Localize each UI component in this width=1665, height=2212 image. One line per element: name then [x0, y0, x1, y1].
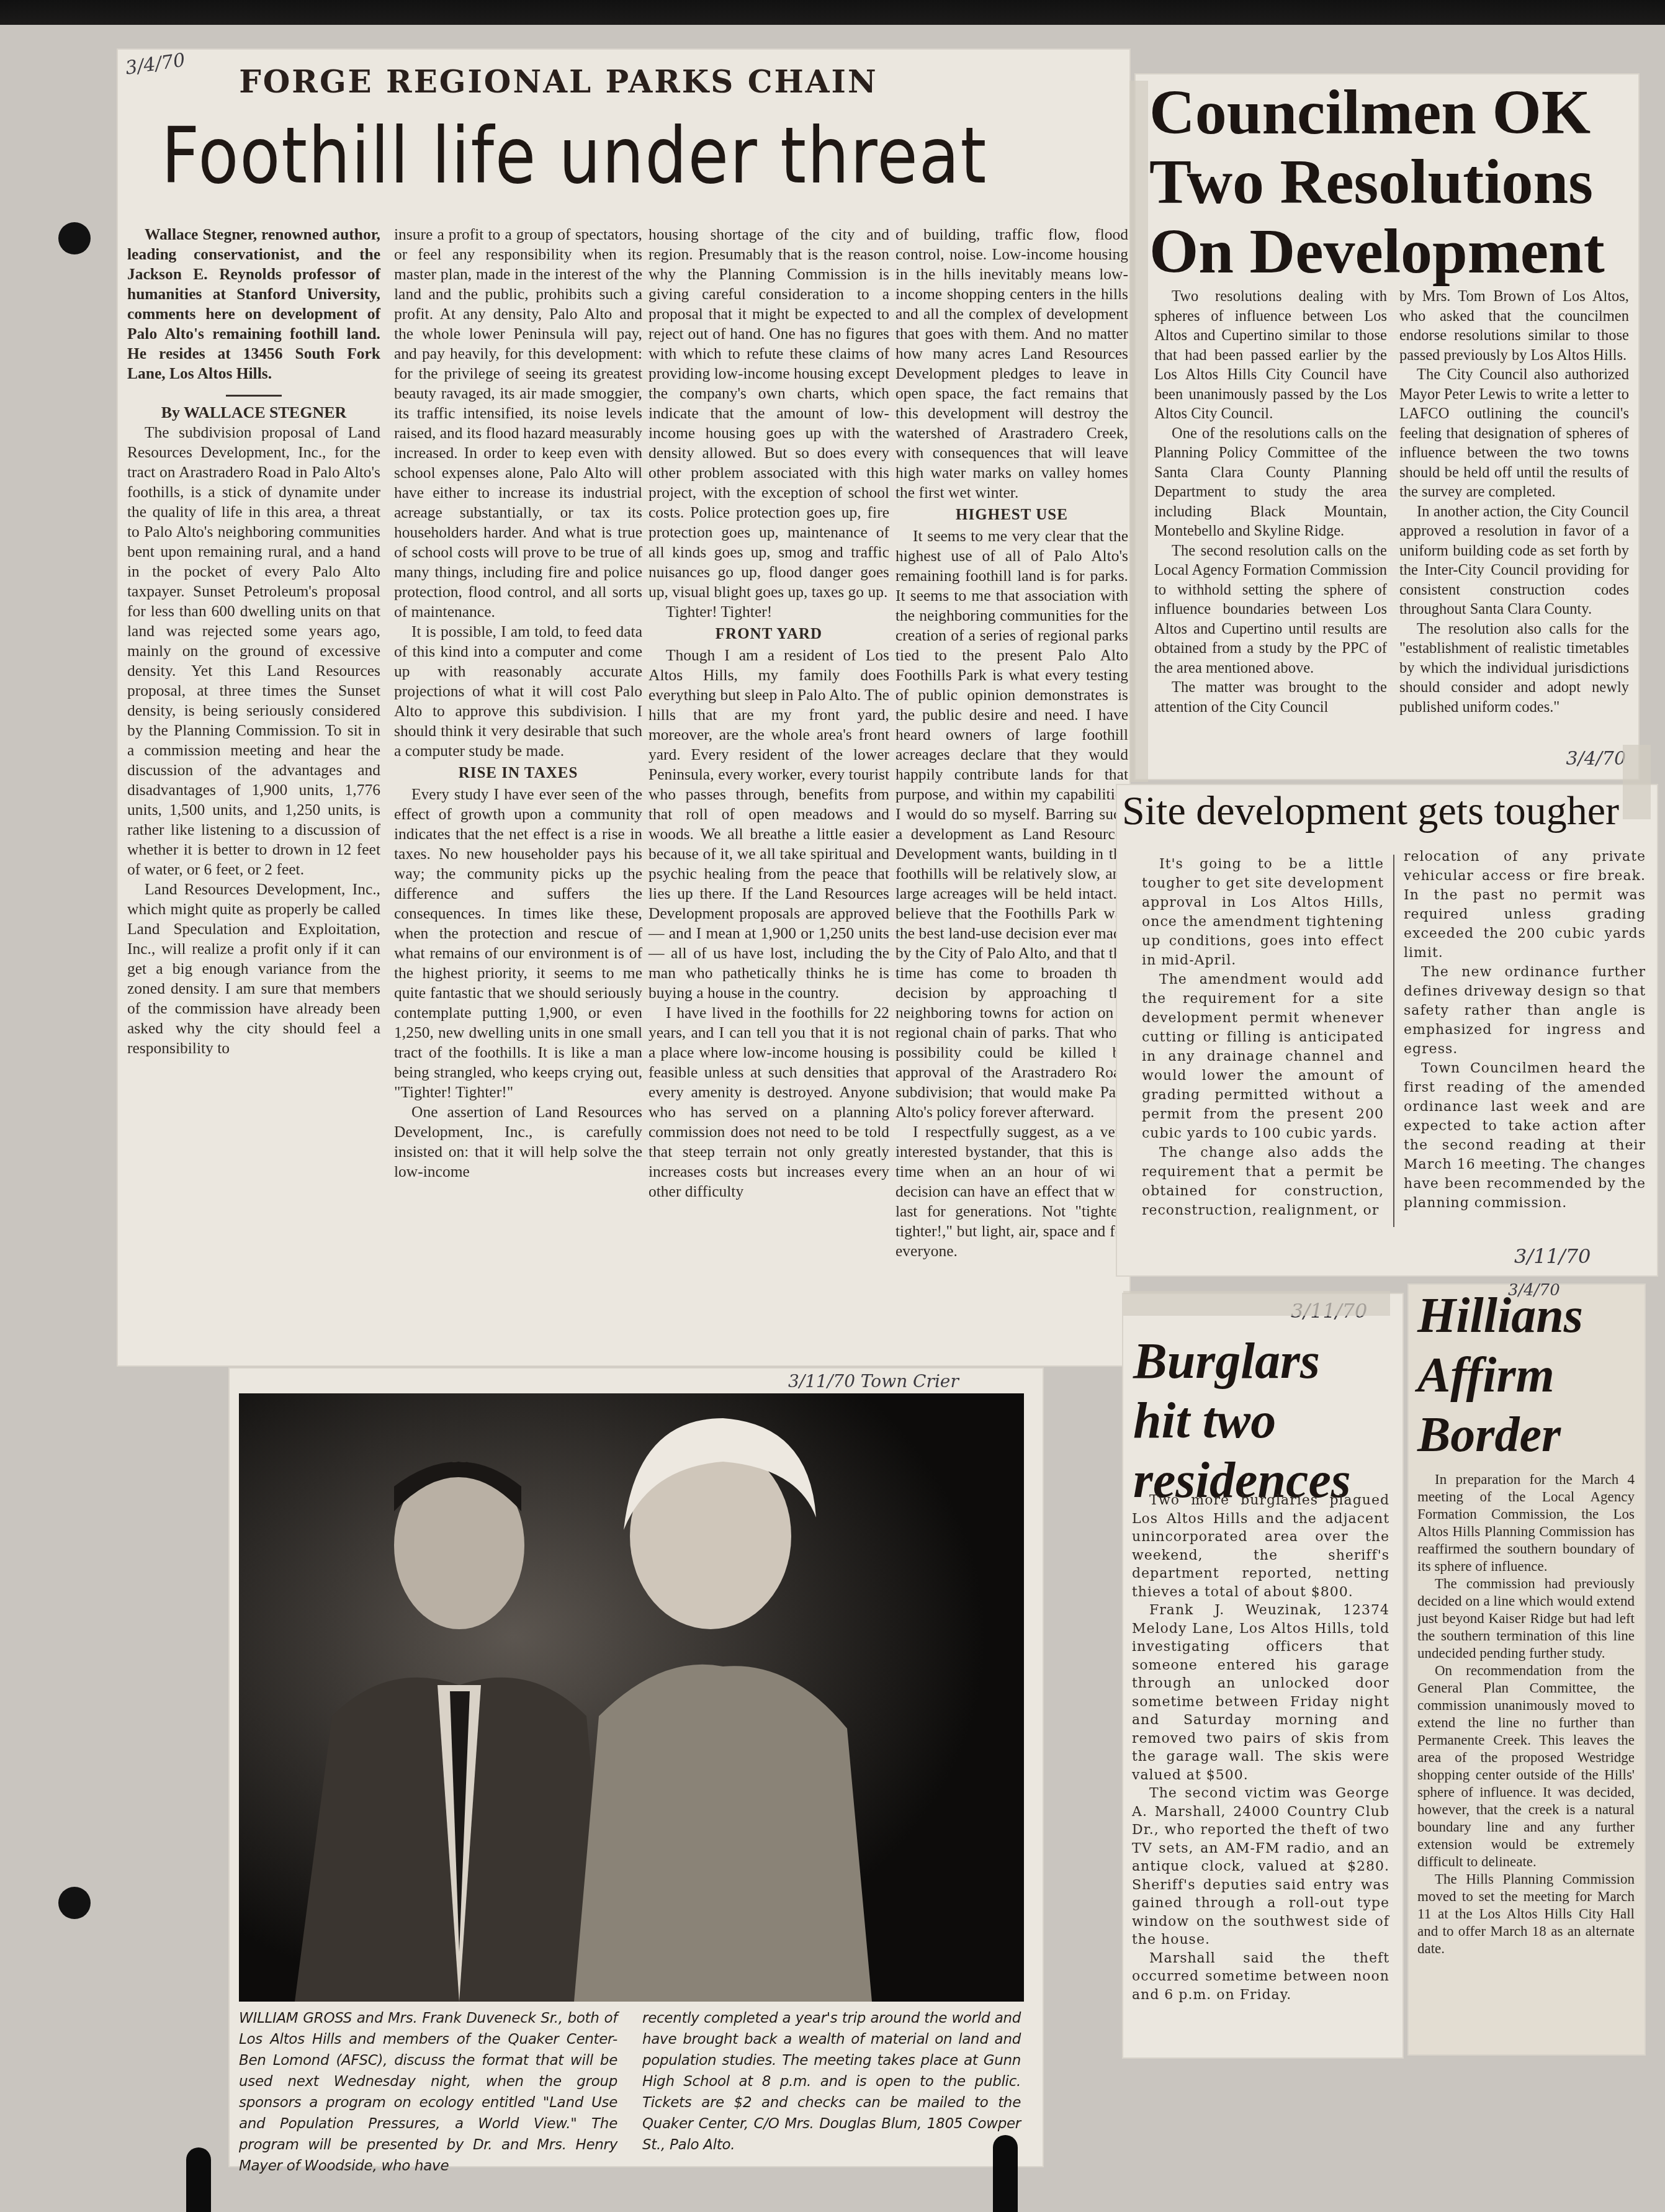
intro-paragraph: Wallace Stegner, renowned author, leadin… — [127, 225, 380, 384]
headline-line: Hillians — [1417, 1286, 1583, 1346]
paragraph: Marshall said the theft occurred sometim… — [1132, 1949, 1389, 2005]
paragraph: The subdivision proposal of Land Resourc… — [127, 423, 380, 879]
headline-line: Burglars — [1133, 1331, 1351, 1391]
paragraph: The resolution also calls for the "estab… — [1399, 619, 1629, 717]
paragraph: of building, traffic flow, flood control… — [895, 225, 1128, 503]
paragraph: The second resolution calls on the Local… — [1154, 541, 1387, 678]
paragraph: by Mrs. Tom Brown of Los Altos, who aske… — [1399, 287, 1629, 365]
paragraph: Frank J. Weuzinak, 12374 Melody Lane, Lo… — [1132, 1601, 1389, 1784]
headline-line: Affirm — [1417, 1346, 1583, 1405]
paragraph: The change also adds the requirement tha… — [1142, 1143, 1384, 1220]
column-1: Wallace Stegner, renowned author, leadin… — [127, 225, 380, 1058]
paragraph: The matter was brought to the attention … — [1154, 678, 1387, 717]
paragraph: In preparation for the March 4 meeting o… — [1417, 1471, 1635, 1575]
paragraph: It's going to be a little tougher to get… — [1142, 855, 1384, 970]
headline-line: hit two — [1133, 1391, 1351, 1450]
column-2: by Mrs. Tom Brown of Los Altos, who aske… — [1399, 287, 1629, 717]
paragraph: In another action, the City Council appr… — [1399, 502, 1629, 619]
paragraph: The second victim was George A. Marshall… — [1132, 1784, 1389, 1949]
headline: Foothill life under threat — [161, 112, 987, 201]
paragraph: The commission had previously decided on… — [1417, 1575, 1635, 1662]
headline: Burglars hit two residences — [1133, 1331, 1351, 1510]
paragraph: I have lived in the foothills for 22 yea… — [648, 1003, 889, 1202]
stand-peg-left — [186, 2147, 211, 2212]
byline: By WALLACE STEGNER — [127, 403, 380, 423]
column-2: insure a profit to a group of spectators… — [394, 225, 642, 1182]
tape-strip — [1129, 81, 1148, 782]
binder-hole-bottom — [58, 1887, 91, 1919]
handwritten-date: 3/4/70 — [1566, 748, 1626, 770]
paragraph: housing shortage of the city and region.… — [648, 225, 889, 602]
paragraph: Though I am a resident of Los Altos Hill… — [648, 645, 889, 1003]
caption-column-2: recently completed a year's trip around … — [642, 2008, 1021, 2156]
headline: Hillians Affirm Border — [1417, 1286, 1583, 1465]
paragraph: Two more burglaries plagued Los Altos Hi… — [1132, 1491, 1389, 1601]
binder-hole-top — [58, 222, 91, 254]
paragraph: One of the resolutions calls on the Plan… — [1154, 424, 1387, 541]
headline-line: Councilmen OK — [1149, 78, 1605, 148]
photo-image — [239, 1393, 1024, 2002]
subhead-highest-use: HIGHEST USE — [895, 505, 1128, 525]
clipping-burglars: 3/11/70 Burglars hit two residences Two … — [1123, 1294, 1402, 2057]
paragraph: Tighter! Tighter! — [648, 602, 889, 622]
paragraph: Every study I have ever seen of the effe… — [394, 785, 642, 1102]
burglars-body: Two more burglaries plagued Los Altos Hi… — [1132, 1491, 1389, 2004]
headline: Site development gets tougher — [1122, 788, 1619, 835]
paragraph: I respectfully suggest, as a very intere… — [895, 1122, 1128, 1261]
tape-strip — [1623, 745, 1651, 819]
kicker: FORGE REGIONAL PARKS CHAIN — [118, 63, 999, 100]
column-3: housing shortage of the city and region.… — [648, 225, 889, 1202]
subhead-front-yard: FRONT YARD — [648, 624, 889, 644]
photo-gross-duveneck — [239, 1393, 1024, 2002]
paragraph: It seems to me very clear that the highe… — [895, 526, 1128, 1122]
paragraph: The amendment would add the requirement … — [1142, 970, 1384, 1143]
headline: Councilmen OK Two Resolutions On Develop… — [1149, 78, 1605, 287]
paragraph: insure a profit to a group of spectators… — [394, 225, 642, 622]
paragraph: The new ordinance further defines drivew… — [1404, 963, 1646, 1059]
headline-line: On Development — [1149, 217, 1605, 287]
paragraph: Town Councilmen heard the first reading … — [1404, 1059, 1646, 1213]
clipping-foothill-life: 3/4/70 FORGE REGIONAL PARKS CHAIN Foothi… — [118, 50, 1129, 1365]
handwritten-date: 3/11/70 — [1514, 1244, 1591, 1268]
tape-strip — [1123, 1291, 1390, 1316]
paragraph: Land Resources Development, Inc., which … — [127, 879, 380, 1058]
subhead-rise-in-taxes: RISE IN TAXES — [394, 763, 642, 783]
column-4: of building, traffic flow, flood control… — [895, 225, 1128, 1261]
paragraph: relocation of any private vehicular acce… — [1404, 847, 1646, 963]
stand-peg-right — [993, 2135, 1018, 2212]
column-1: It's going to be a little tougher to get… — [1142, 855, 1384, 1220]
caption-column-1: WILLIAM GROSS and Mrs. Frank Duveneck Sr… — [239, 2008, 617, 2177]
clipping-photo: 3/11/70 Town Crier WILLIAM GROSS and Mrs… — [230, 1369, 1043, 2166]
paragraph: The City Council also authorized Mayor P… — [1399, 365, 1629, 502]
column-1: Two resolutions dealing with spheres of … — [1154, 287, 1387, 717]
divider — [226, 395, 282, 397]
paragraph: The Hills Planning Commission moved to s… — [1417, 1871, 1635, 1958]
paragraph: On recommendation from the General Plan … — [1417, 1662, 1635, 1871]
headline-line: Border — [1417, 1405, 1583, 1465]
headline-line: Two Resolutions — [1149, 148, 1605, 217]
clipping-councilmen-ok: Councilmen OK Two Resolutions On Develop… — [1136, 74, 1638, 779]
clipping-hillians-affirm-border: 3/4/70 Hillians Affirm Border In prepara… — [1409, 1285, 1645, 2054]
paragraph: One assertion of Land Resources Developm… — [394, 1102, 642, 1182]
hillians-body: In preparation for the March 4 meeting o… — [1417, 1471, 1635, 1958]
paragraph: Two resolutions dealing with spheres of … — [1154, 287, 1387, 424]
clipping-site-development: Site development gets tougher It's going… — [1117, 785, 1657, 1275]
handwritten-date: 3/11/70 Town Crier — [788, 1371, 959, 1391]
paragraph: It is possible, I am told, to feed data … — [394, 622, 642, 761]
column-2: relocation of any private vehicular acce… — [1404, 847, 1646, 1213]
column-rule — [1393, 855, 1394, 1227]
